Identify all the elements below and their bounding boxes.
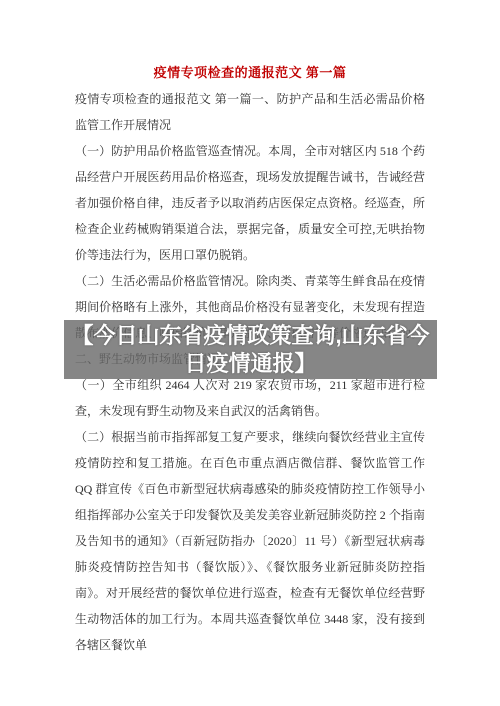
- doc-paragraph-catering: （二）根据当前市指挥部复工复产要求，继续向餐饮经营业主宣传疫情防控和复工措施。在…: [75, 424, 425, 658]
- document-canvas: 疫情专项检查的通报范文 第一篇 疫情专项检查的通报范文 第一篇一、防护产品和生活…: [0, 0, 500, 706]
- doc-paragraph-market-check: （一）全市组织 2464 人次对 219 家农贸市场，211 家超市进行检查，未…: [75, 372, 425, 424]
- doc-paragraph-price-patrol: （一）防护用品价格监管巡查情况。本周，全市对辖区内 518 个药品经营户开展医药…: [75, 138, 425, 268]
- subtitle-line-2: 日疫情通报】: [184, 350, 316, 378]
- subtitle-line-1: 【今日山东省疫情政策查询,山东省今: [71, 322, 429, 350]
- doc-paragraph-intro: 疫情专项检查的通报范文 第一篇一、防护产品和生活必需品价格监管工作开展情况: [75, 86, 425, 138]
- document-page: { "page": { "background_color": "#ffffff…: [0, 0, 500, 706]
- subtitle-overlay: 【今日山东省疫情政策查询,山东省今 日疫情通报】: [64, 320, 437, 379]
- doc-title: 疫情专项检查的通报范文 第一篇: [0, 60, 500, 86]
